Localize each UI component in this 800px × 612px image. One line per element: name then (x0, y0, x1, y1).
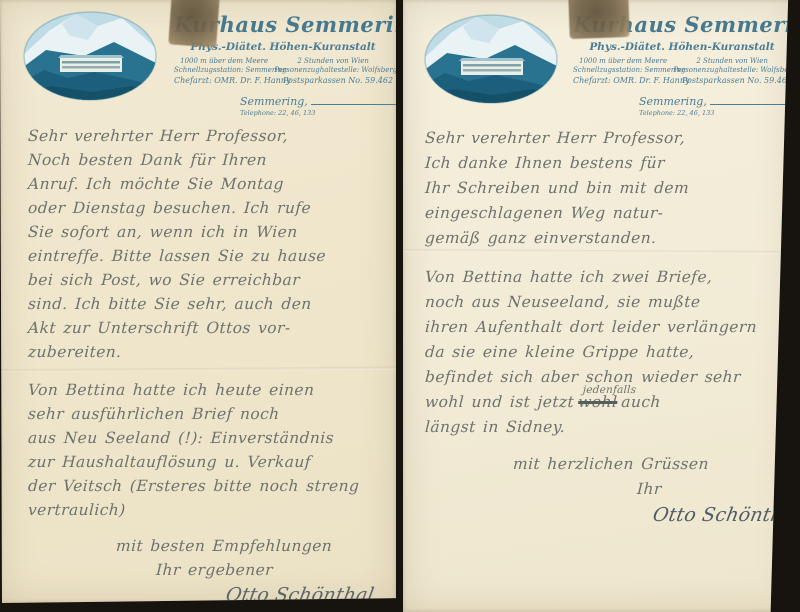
handwritten-line-with-correction: wohl und ist jetztjedenfallswohlauch (424, 390, 781, 415)
handwritten-line: sehr ausführlichen Brief noch (27, 402, 380, 426)
handwritten-letter-body-right: Sehr verehrter Herr Professor, Ich danke… (425, 126, 781, 528)
closing-phrase: mit herzlichen Grüssen (512, 452, 781, 477)
closing-phrase: Ihr ergebener (155, 558, 380, 582)
handwritten-line: aus Neu Seeland (!): Einverständnis (27, 426, 380, 450)
letter-page-right: Kurhaus Semmering Phys.-Diätet. Höhen-Ku… (403, 0, 792, 612)
rail-station-note: Schnellzugsstation: Semmering (573, 66, 673, 75)
signature: Otto Schönthal (224, 582, 383, 603)
scanned-letters-background: Kurhaus Semmering Phys.-Diätet. Höhen-Ku… (0, 0, 800, 612)
handwritten-line: Sehr verehrter Herr Professor, (27, 124, 380, 148)
handwritten-line: Anruf. Ich möchte Sie Montag (27, 172, 380, 196)
postal-account-note: Postsparkassen No. 59.462 (682, 76, 791, 85)
letterhead-info-left: 1000 m über dem Meere Schnellzugsstation… (573, 57, 673, 74)
handwritten-line: eintreffe. Bitte lassen Sie zu hause (27, 244, 380, 268)
postal-account-note: Postsparkassen No. 59.462 (283, 76, 392, 85)
handwritten-line: eingeschlagenen Weg natur- (424, 201, 781, 226)
handwritten-line: vertraulich) (27, 498, 380, 522)
handwritten-line: Sie sofort an, wenn ich in Wien (27, 220, 380, 244)
tape-piece (168, 0, 220, 48)
kurhaus-vignette-illustration (22, 10, 158, 103)
distance-note: 2 Stunden von Wien (274, 57, 392, 66)
place-label: Semmering, (639, 95, 707, 108)
tape-piece (568, 0, 629, 39)
handwritten-line: da sie eine kleine Grippe hatte, (424, 340, 781, 365)
handwritten-line: Sehr verehrter Herr Professor, (424, 126, 781, 151)
handwritten-line: sind. Ich bitte Sie sehr, auch den (27, 292, 380, 316)
handwritten-line: oder Dienstag besuchen. Ich rufe (27, 196, 380, 220)
chief-physician-note: Chefarzt: OMR. Dr. F. Hanny (573, 76, 682, 85)
closing-phrase: Ihr (636, 477, 781, 502)
letterhead-second-row: Chefarzt: OMR. Dr. F. Hanny Postsparkass… (174, 76, 392, 85)
chief-physician-note: Chefarzt: OMR. Dr. F. Hanny (174, 76, 283, 85)
handwritten-line: bei sich Post, wo Sie erreichbar (27, 268, 380, 292)
telephone-note: Telephone: 22, 46, 133 (639, 109, 792, 117)
handwritten-line: Akt zur Unterschrift Ottos vor- (27, 316, 380, 340)
handwritten-line: noch aus Neuseeland, sie mußte (424, 290, 781, 315)
stop-note: Personenzughaltestelle: Wolfsbergkogel (673, 66, 791, 75)
date-rule-line (311, 95, 396, 105)
handwritten-line: Von Bettina hatte ich zwei Briefe, (424, 265, 781, 290)
letterhead-second-row: Chefarzt: OMR. Dr. F. Hanny Postsparkass… (573, 76, 791, 85)
rail-station-note: Schnellzugsstation: Semmering (174, 66, 274, 75)
letterhead-info-columns: 1000 m über dem Meere Schnellzugsstation… (573, 57, 791, 74)
kurhaus-vignette-illustration (423, 13, 559, 106)
stop-note: Personenzughaltestelle: Wolfsbergkogel (274, 66, 392, 75)
distance-note: 2 Stunden von Wien (673, 57, 791, 66)
correction: jedenfallswohl (578, 390, 618, 415)
letterhead-info-right: 2 Stunden von Wien Personenzughaltestell… (274, 57, 392, 74)
date-rule-line (710, 95, 792, 105)
letterhead-info-right: 2 Stunden von Wien Personenzughaltestell… (673, 57, 791, 74)
handwritten-line: Noch besten Dank für Ihren (27, 148, 380, 172)
handwritten-line: Ich danke Ihnen bestens für (424, 151, 781, 176)
handwritten-line: Von Bettina hatte ich heute einen (27, 378, 380, 402)
letter-page-left: Kurhaus Semmering Phys.-Diätet. Höhen-Ku… (0, 0, 396, 603)
dateline: Semmering, Telephone: 22, 46, 133 (240, 95, 396, 117)
signature: Otto Schönthal (651, 502, 784, 528)
handwritten-line: der Veitsch (Ersteres bitte noch streng (27, 474, 380, 498)
letterhead-subtitle: Phys.-Diätet. Höhen-Kuranstalt (573, 41, 791, 53)
dateline: Semmering, Telephone: 22, 46, 133 (639, 95, 792, 117)
closing-phrase: mit besten Empfehlungen (115, 534, 380, 558)
altitude-note: 1000 m über dem Meere (573, 57, 673, 66)
altitude-note: 1000 m über dem Meere (174, 57, 274, 66)
handwritten-line: ihren Aufenthalt dort leider verlängern (424, 315, 781, 340)
handwritten-line: gemäß ganz einverstanden. (424, 226, 781, 251)
handwritten-line: zubereiten. (27, 340, 380, 364)
handwritten-line: zur Haushaltauflösung u. Verkauf (27, 450, 380, 474)
inserted-word: jedenfalls (582, 378, 637, 403)
place-label: Semmering, (240, 95, 308, 108)
letterhead-info-columns: 1000 m über dem Meere Schnellzugsstation… (174, 57, 392, 74)
handwritten-line: Ihr Schreiben und bin mit dem (424, 176, 781, 201)
handwritten-text: wohl und ist jetzt (425, 393, 575, 411)
telephone-note: Telephone: 22, 46, 133 (240, 109, 396, 117)
handwritten-letter-body-left: Sehr verehrter Herr Professor, Noch best… (28, 124, 380, 603)
handwritten-line: längst in Sidney. (424, 415, 781, 440)
letterhead-info-left: 1000 m über dem Meere Schnellzugsstation… (174, 57, 274, 74)
